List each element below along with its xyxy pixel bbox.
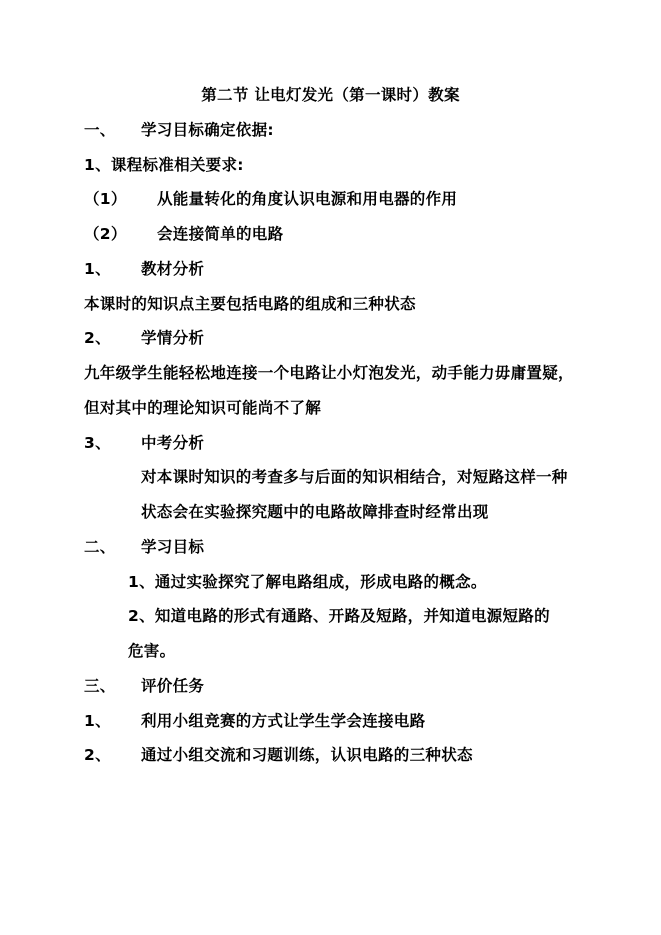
line-text: 危害。 — [128, 642, 175, 660]
list-marker: 3、 — [84, 426, 141, 461]
list-marker: 二、 — [84, 530, 141, 565]
section-heading-1: 一、学习目标确定依据: — [84, 113, 577, 148]
heading-text: 学习目标 — [141, 538, 204, 556]
subheading-exam-analysis: 3、中考分析 — [84, 426, 577, 461]
body-paragraph: 本课时的知识点主要包括电路的组成和三种状态 — [84, 287, 577, 322]
list-marker: （1） — [84, 182, 157, 217]
list-marker: （2） — [84, 217, 157, 252]
body-paragraph: 但对其中的理论知识可能尚不了解 — [84, 391, 577, 426]
heading-text: 学情分析 — [141, 329, 204, 347]
line-text: 会连接简单的电路 — [157, 225, 283, 243]
list-item-task-2: 2、通过小组交流和习题训练，认识电路的三种状态 — [84, 738, 577, 773]
heading-text: 评价任务 — [141, 677, 204, 695]
list-item-requirement-2: （2）会连接简单的电路 — [84, 217, 577, 252]
subheading-course-standard: 1、课程标准相关要求: — [84, 148, 577, 183]
list-marker: 1、 — [84, 704, 141, 739]
list-marker: 1、 — [84, 252, 141, 287]
document-page: 第二节 让电灯发光（第一课时）教案 一、学习目标确定依据: 1、课程标准相关要求… — [0, 0, 661, 935]
list-item-task-1: 1、利用小组竞赛的方式让学生学会连接电路 — [84, 704, 577, 739]
line-text: 利用小组竞赛的方式让学生学会连接电路 — [141, 712, 425, 730]
heading-text: 教材分析 — [141, 260, 204, 278]
subheading-learner-analysis: 2、学情分析 — [84, 321, 577, 356]
list-item-requirement-1: （1）从能量转化的角度认识电源和用电器的作用 — [84, 182, 577, 217]
heading-text: 中考分析 — [141, 434, 204, 452]
subheading-textbook-analysis: 1、教材分析 — [84, 252, 577, 287]
line-text: 对本课时知识的考查多与后面的知识相结合，对短路这样一种 — [141, 468, 568, 486]
body-paragraph: 九年级学生能轻松地连接一个电路让小灯泡发光，动手能力毋庸置疑， — [84, 356, 577, 391]
body-paragraph: 状态会在实验探究题中的电路故障排查时经常出现 — [84, 495, 577, 530]
section-heading-3: 三、评价任务 — [84, 669, 577, 704]
line-text: 状态会在实验探究题中的电路故障排查时经常出现 — [141, 503, 489, 521]
list-marker: 三、 — [84, 669, 141, 704]
body-paragraph: 对本课时知识的考查多与后面的知识相结合，对短路这样一种 — [84, 460, 577, 495]
line-text: 本课时的知识点主要包括电路的组成和三种状态 — [84, 295, 416, 313]
line-text: 通过小组交流和习题训练，认识电路的三种状态 — [141, 746, 473, 764]
line-text: 1、课程标准相关要求: — [84, 156, 244, 174]
heading-text: 学习目标确定依据: — [141, 121, 274, 139]
list-item-goal-1: 1、通过实验探究了解电路组成，形成电路的概念。 — [84, 565, 577, 600]
line-text: 1、通过实验探究了解电路组成，形成电路的概念。 — [128, 573, 487, 591]
list-marker: 2、 — [84, 321, 141, 356]
line-text: 但对其中的理论知识可能尚不了解 — [84, 399, 321, 417]
list-item-goal-2: 2、知道电路的形式有通路、开路及短路，并知道电源短路的 — [84, 599, 577, 634]
page-title-text: 第二节 让电灯发光（第一课时）教案 — [201, 86, 460, 104]
line-text: 从能量转化的角度认识电源和用电器的作用 — [157, 190, 457, 208]
section-heading-2: 二、学习目标 — [84, 530, 577, 565]
list-marker: 2、 — [84, 738, 141, 773]
line-text: 九年级学生能轻松地连接一个电路让小灯泡发光，动手能力毋庸置疑， — [84, 364, 574, 382]
line-text: 2、知道电路的形式有通路、开路及短路，并知道电源短路的 — [128, 607, 550, 625]
page-title: 第二节 让电灯发光（第一课时）教案 — [84, 78, 577, 113]
list-marker: 一、 — [84, 113, 141, 148]
list-item-goal-2-continued: 危害。 — [84, 634, 577, 669]
